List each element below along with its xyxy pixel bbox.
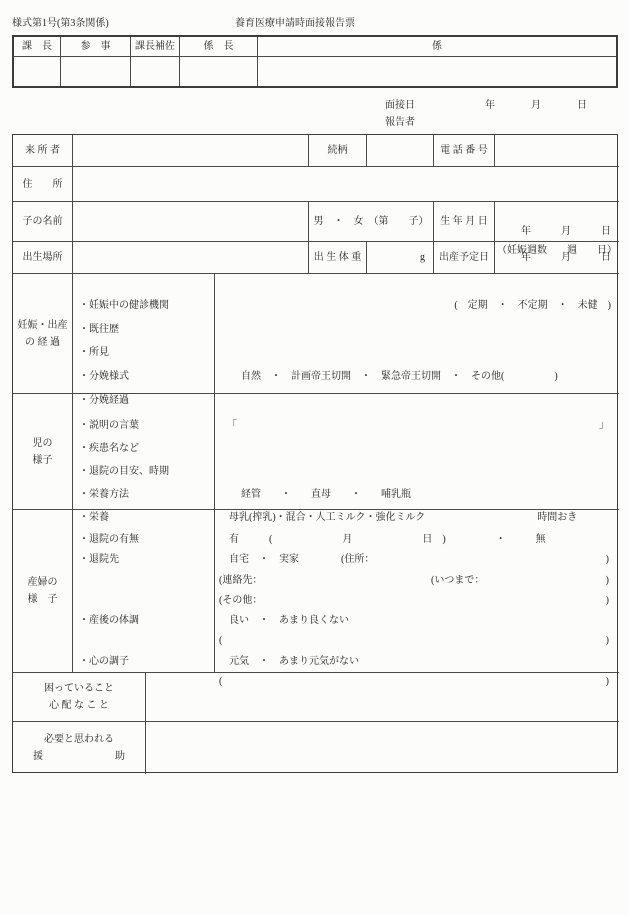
quote-open: 「 xyxy=(227,421,237,431)
quote-close: 」 xyxy=(599,421,613,431)
paren-close: ) xyxy=(606,555,613,565)
bullet-medical-history: ・既往歴 xyxy=(73,318,214,342)
other-line: (その他： ) xyxy=(215,591,619,611)
support-field xyxy=(146,722,619,774)
approval-header-kacho: 課 長 xyxy=(14,37,61,57)
contact-line: (連絡先： (いつまで： ) xyxy=(215,571,619,591)
destination-address-label: (住所： xyxy=(341,555,374,565)
bullet-findings: ・所見 xyxy=(73,342,214,366)
pregnancy-label-line2: の 経 過 xyxy=(25,334,60,351)
dob-date-units: 年 月 日 xyxy=(495,222,619,242)
bullet-discharge-status: ・退院の有無 xyxy=(73,530,214,550)
visitor-label: 来 所 者 xyxy=(13,135,73,167)
bullet-delivery-style: ・分娩様式 xyxy=(73,365,214,389)
bullet-checkup-facility: ・妊娠中の健診機関 xyxy=(73,294,214,318)
approval-header-kachohosa: 課長補佐 xyxy=(131,37,180,57)
pregnancy-content: ( 定期 ・ 不定期 ・ 未健 ) 自然 ・ 計画帝王切開 ・ 緊急帝王切開 ・… xyxy=(215,274,619,394)
visitor-field xyxy=(73,135,309,167)
child-sex-options: 男 ・ 女 （第 子） xyxy=(309,202,434,242)
address-label: 住 所 xyxy=(13,167,73,202)
pregnancy-section-label: 妊娠・出産 の 経 過 xyxy=(13,274,73,394)
discharge-destination-line: 自宅 ・ 実家 (住所： ) xyxy=(215,550,619,570)
destination-options: 自宅 ・ 実家 xyxy=(219,555,341,565)
pregnancy-label-line1: 妊娠・出産 xyxy=(18,317,68,334)
interview-date-label: 面接日 xyxy=(385,101,415,111)
child-state-bullet-list: ・説明の言葉 ・疾患名など ・退院の目安、時期 ・栄養方法 ・栄養 xyxy=(73,394,215,510)
other-label: (その他： xyxy=(219,596,262,606)
child-state-label-line2: 様子 xyxy=(33,452,53,469)
bullet-feeding-method: ・栄養方法 xyxy=(73,483,214,506)
child-name-field xyxy=(73,202,309,242)
bullet-mental-state: ・心の調子 xyxy=(73,652,214,672)
child-name-label: 子の名前 xyxy=(13,202,73,242)
worries-label: 困っていること 心 配 な こ と xyxy=(13,673,146,722)
paren-close: ) xyxy=(606,596,613,606)
mother-section-label: 産婦の 様 子 xyxy=(13,510,73,673)
delivery-style-options: 自然 ・ 計画帝王切開 ・ 緊急帝王切開 ・ その他( ) xyxy=(215,365,619,389)
paren-close: ) xyxy=(606,636,613,646)
child-state-section-label: 児の 様子 xyxy=(13,394,73,510)
bullet-postpartum-condition: ・産後の体調 xyxy=(73,611,214,631)
due-date-label: 出産予定日 xyxy=(434,242,495,274)
interview-date-year: 年 xyxy=(485,101,495,111)
worries-label-line2: 心 配 な こ と xyxy=(49,697,109,714)
approval-header-sanji: 参 事 xyxy=(61,37,131,57)
approval-stamp-cell xyxy=(14,57,61,86)
approval-table: 課 長 参 事 課長補佐 係 長 係 xyxy=(12,35,618,88)
support-label-left: 援 xyxy=(33,748,43,765)
bullet-discharge-destination: ・退院先 xyxy=(73,550,214,570)
due-date-units: 年 月 日 xyxy=(495,242,619,274)
relation-field xyxy=(367,135,434,167)
mood-options: 元気 ・ あまり元気がない xyxy=(215,652,619,672)
bullet-explanation-words: ・説明の言葉 xyxy=(73,414,214,437)
worries-field xyxy=(146,673,619,722)
birth-place-field xyxy=(73,242,309,274)
mother-content: 有 ( 月 日 ) ・ 無 自宅 ・ 実家 (住所： ) (連絡先： (いつまで… xyxy=(215,510,619,673)
support-label-line1: 必要と思われる xyxy=(44,731,114,748)
main-form-table: 来 所 者 続柄 電 話 番 号 住 所 子の名前 男 ・ 女 （第 子） 生 … xyxy=(12,134,618,773)
dob-field: 年 月 日 （妊娠週数 週 日） xyxy=(495,202,619,242)
form-number: 様式第1号(第3条関係) xyxy=(12,19,109,29)
approval-header-kakaricho: 係 長 xyxy=(180,37,258,57)
until-label: (いつまで： xyxy=(431,576,484,586)
child-state-label-line1: 児の xyxy=(33,435,53,452)
birth-place-label: 出生場所 xyxy=(13,242,73,274)
paren-close: ) xyxy=(606,576,613,586)
interview-date-month: 月 xyxy=(531,101,541,111)
child-state-content: 「 」 経管 ・ 直母 ・ 哺乳瓶 母乳(搾乳)・混合・人工ミルク・強化ミルク … xyxy=(215,394,619,510)
support-label: 必要と思われる 援 助 xyxy=(13,722,146,774)
phone-field xyxy=(495,135,619,167)
reporter-label: 報告者 xyxy=(385,118,415,128)
page-title: 養育医療申請時面接報告票 xyxy=(150,19,440,29)
approval-header-kakari: 係 xyxy=(258,37,616,57)
mother-label-line1: 産婦の xyxy=(28,574,58,591)
support-label-right: 助 xyxy=(115,748,125,765)
bullet-discharge-timing: ・退院の目安、時期 xyxy=(73,460,214,483)
discharge-options: 有 ( 月 日 ) ・ 無 xyxy=(215,530,619,550)
interview-date-day: 日 xyxy=(577,101,587,111)
dob-label: 生 年 月 日 xyxy=(434,202,495,242)
phone-label: 電 話 番 号 xyxy=(434,135,495,167)
birth-weight-label: 出 生 体 重 xyxy=(309,242,367,274)
approval-stamp-cell xyxy=(258,57,616,86)
mother-label-line2: 様 子 xyxy=(28,591,58,608)
checkup-options: ( 定期 ・ 不定期 ・ 未健 ) xyxy=(215,294,619,318)
address-field xyxy=(73,167,619,202)
birth-weight-unit: g xyxy=(367,242,434,274)
approval-stamp-cell xyxy=(61,57,131,86)
contact-label: (連絡先： xyxy=(219,576,431,586)
approval-stamp-cell xyxy=(131,57,180,86)
paren-open: ( xyxy=(219,636,222,646)
condition-options: 良い ・ あまり良くない xyxy=(215,611,619,631)
pregnancy-bullet-list: ・妊娠中の健診機関 ・既往歴 ・所見 ・分娩様式 ・分娩経過 xyxy=(73,274,215,394)
mother-bullet-list: ・退院の有無 ・退院先 ・産後の体調 ・心の調子 xyxy=(73,510,215,673)
approval-stamp-cell xyxy=(180,57,258,86)
feeding-method-options: 経管 ・ 直母 ・ 哺乳瓶 xyxy=(215,483,619,506)
worries-label-line1: 困っていること xyxy=(44,680,114,697)
quote-line: 「 」 xyxy=(215,414,619,437)
relation-label: 続柄 xyxy=(309,135,367,167)
form-page: 様式第1号(第3条関係) 養育医療申請時面接報告票 課 長 参 事 課長補佐 係… xyxy=(0,0,630,915)
bullet-disease-name: ・疾患名など xyxy=(73,437,214,460)
support-label-line2: 援 助 xyxy=(33,748,125,765)
condition-note-line: ( ) xyxy=(215,631,619,651)
